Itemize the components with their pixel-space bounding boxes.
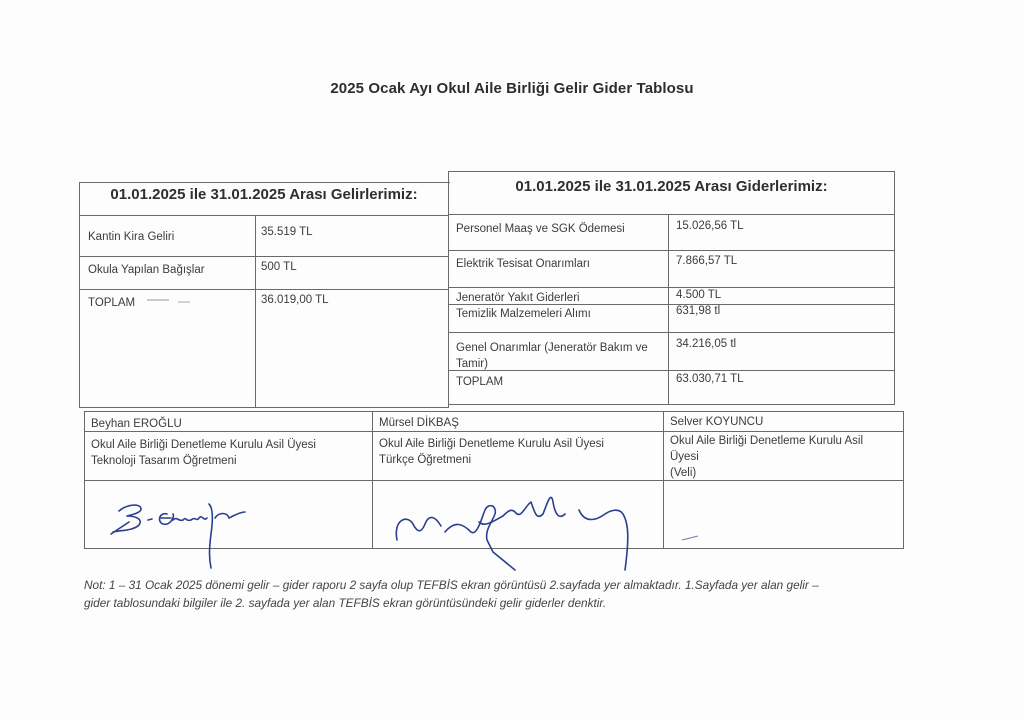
signatory-name: Selver KOYUNCU: [670, 414, 763, 430]
table-rule: [79, 289, 449, 290]
table-rule: [668, 214, 669, 405]
scan-mark: [178, 301, 190, 303]
expense-total-amount: 63.030,71 TL: [676, 371, 744, 387]
expense-label: Personel Maaş ve SGK Ödemesi: [456, 221, 625, 237]
signatory-note: (Veli): [670, 465, 696, 481]
signature-dikbas: [385, 480, 645, 570]
table-rule: [372, 411, 373, 549]
income-label: Kantin Kira Geliri: [88, 229, 174, 245]
table-border: [903, 411, 904, 549]
expense-amount: 7.866,57 TL: [676, 253, 737, 269]
expense-amount: 34.216,05 tl: [676, 336, 736, 352]
footnote-line-1: Not: 1 – 31 Ocak 2025 dönemi gelir – gid…: [84, 576, 984, 594]
table-rule: [448, 287, 895, 288]
table-border: [84, 411, 904, 412]
expense-label: Elektrik Tesisat Onarımları: [456, 256, 590, 272]
table-border: [448, 404, 895, 405]
footnote-line-2: gider tablosundaki bilgiler ile 2. sayfa…: [84, 594, 984, 612]
table-rule: [255, 215, 256, 407]
signatory-role: Okul Aile Birliği Denetleme Kurulu Asil …: [91, 437, 316, 453]
table-rule: [448, 332, 895, 333]
income-amount: 35.519 TL: [261, 224, 313, 240]
stray-pen-mark: [680, 530, 710, 544]
table-border: [84, 411, 85, 549]
signatory-title: Teknoloji Tasarım Öğretmeni: [91, 453, 237, 469]
expense-label: Jeneratör Yakıt Giderleri: [456, 290, 580, 306]
signature-eroglu: [105, 478, 265, 568]
income-total-label: TOPLAM: [88, 295, 135, 311]
document-title: 2025 Ocak Ayı Okul Aile Birliği Gelir Gi…: [0, 80, 1024, 97]
income-total-amount: 36.019,00 TL: [261, 292, 329, 308]
table-border: [79, 407, 449, 408]
income-label: Okula Yapılan Bağışlar: [88, 262, 205, 278]
expense-label: Temizlik Malzemeleri Alımı: [456, 306, 591, 322]
footnote: Not: 1 – 31 Ocak 2025 dönemi gelir – gid…: [84, 576, 984, 612]
expense-total-label: TOPLAM: [456, 374, 503, 390]
signatory-name: Mürsel DİKBAŞ: [379, 415, 459, 431]
signatory-title: Türkçe Öğretmeni: [379, 452, 471, 468]
expense-amount: 631,98 tl: [676, 303, 720, 319]
table-rule: [79, 256, 449, 257]
expense-header: 01.01.2025 ile 31.01.2025 Arası Giderler…: [448, 178, 895, 195]
table-border: [79, 182, 450, 183]
table-rule: [84, 431, 904, 432]
expense-amount: 15.026,56 TL: [676, 218, 744, 234]
expense-label: Genel Onarımlar (Jeneratör Bakım ve Tami…: [456, 340, 668, 372]
table-rule: [79, 215, 449, 216]
signatory-role: Okul Aile Birliği Denetleme Kurulu Asil: [670, 433, 863, 449]
income-amount: 500 TL: [261, 259, 297, 275]
table-border: [448, 171, 895, 172]
table-rule: [448, 250, 895, 251]
expense-amount: 4.500 TL: [676, 287, 721, 303]
scan-mark: [147, 299, 169, 301]
signatory-title: Üyesi: [670, 449, 699, 465]
table-rule: [663, 411, 664, 549]
signatory-name: Beyhan EROĞLU: [91, 416, 182, 432]
signatory-role: Okul Aile Birliği Denetleme Kurulu Asil …: [379, 436, 604, 452]
income-header: 01.01.2025 ile 31.01.2025 Arası Gelirler…: [79, 186, 449, 203]
table-rule: [448, 214, 895, 215]
